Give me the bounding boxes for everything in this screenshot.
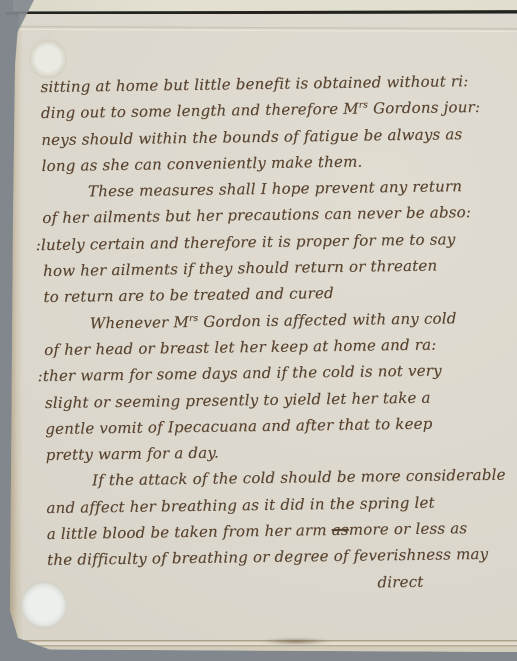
paper-bottom-edge [10,636,517,652]
upper-leaf-edge [13,0,517,11]
manuscript-page: sitting at home but little benefit is ob… [10,14,517,652]
paper-left-edge [10,14,23,652]
photo-frame: sitting at home but little benefit is ob… [0,0,517,661]
ink-smudge [260,638,332,645]
fold-crease [18,26,517,32]
manuscript-text: sitting at home but little benefit is ob… [40,68,479,600]
